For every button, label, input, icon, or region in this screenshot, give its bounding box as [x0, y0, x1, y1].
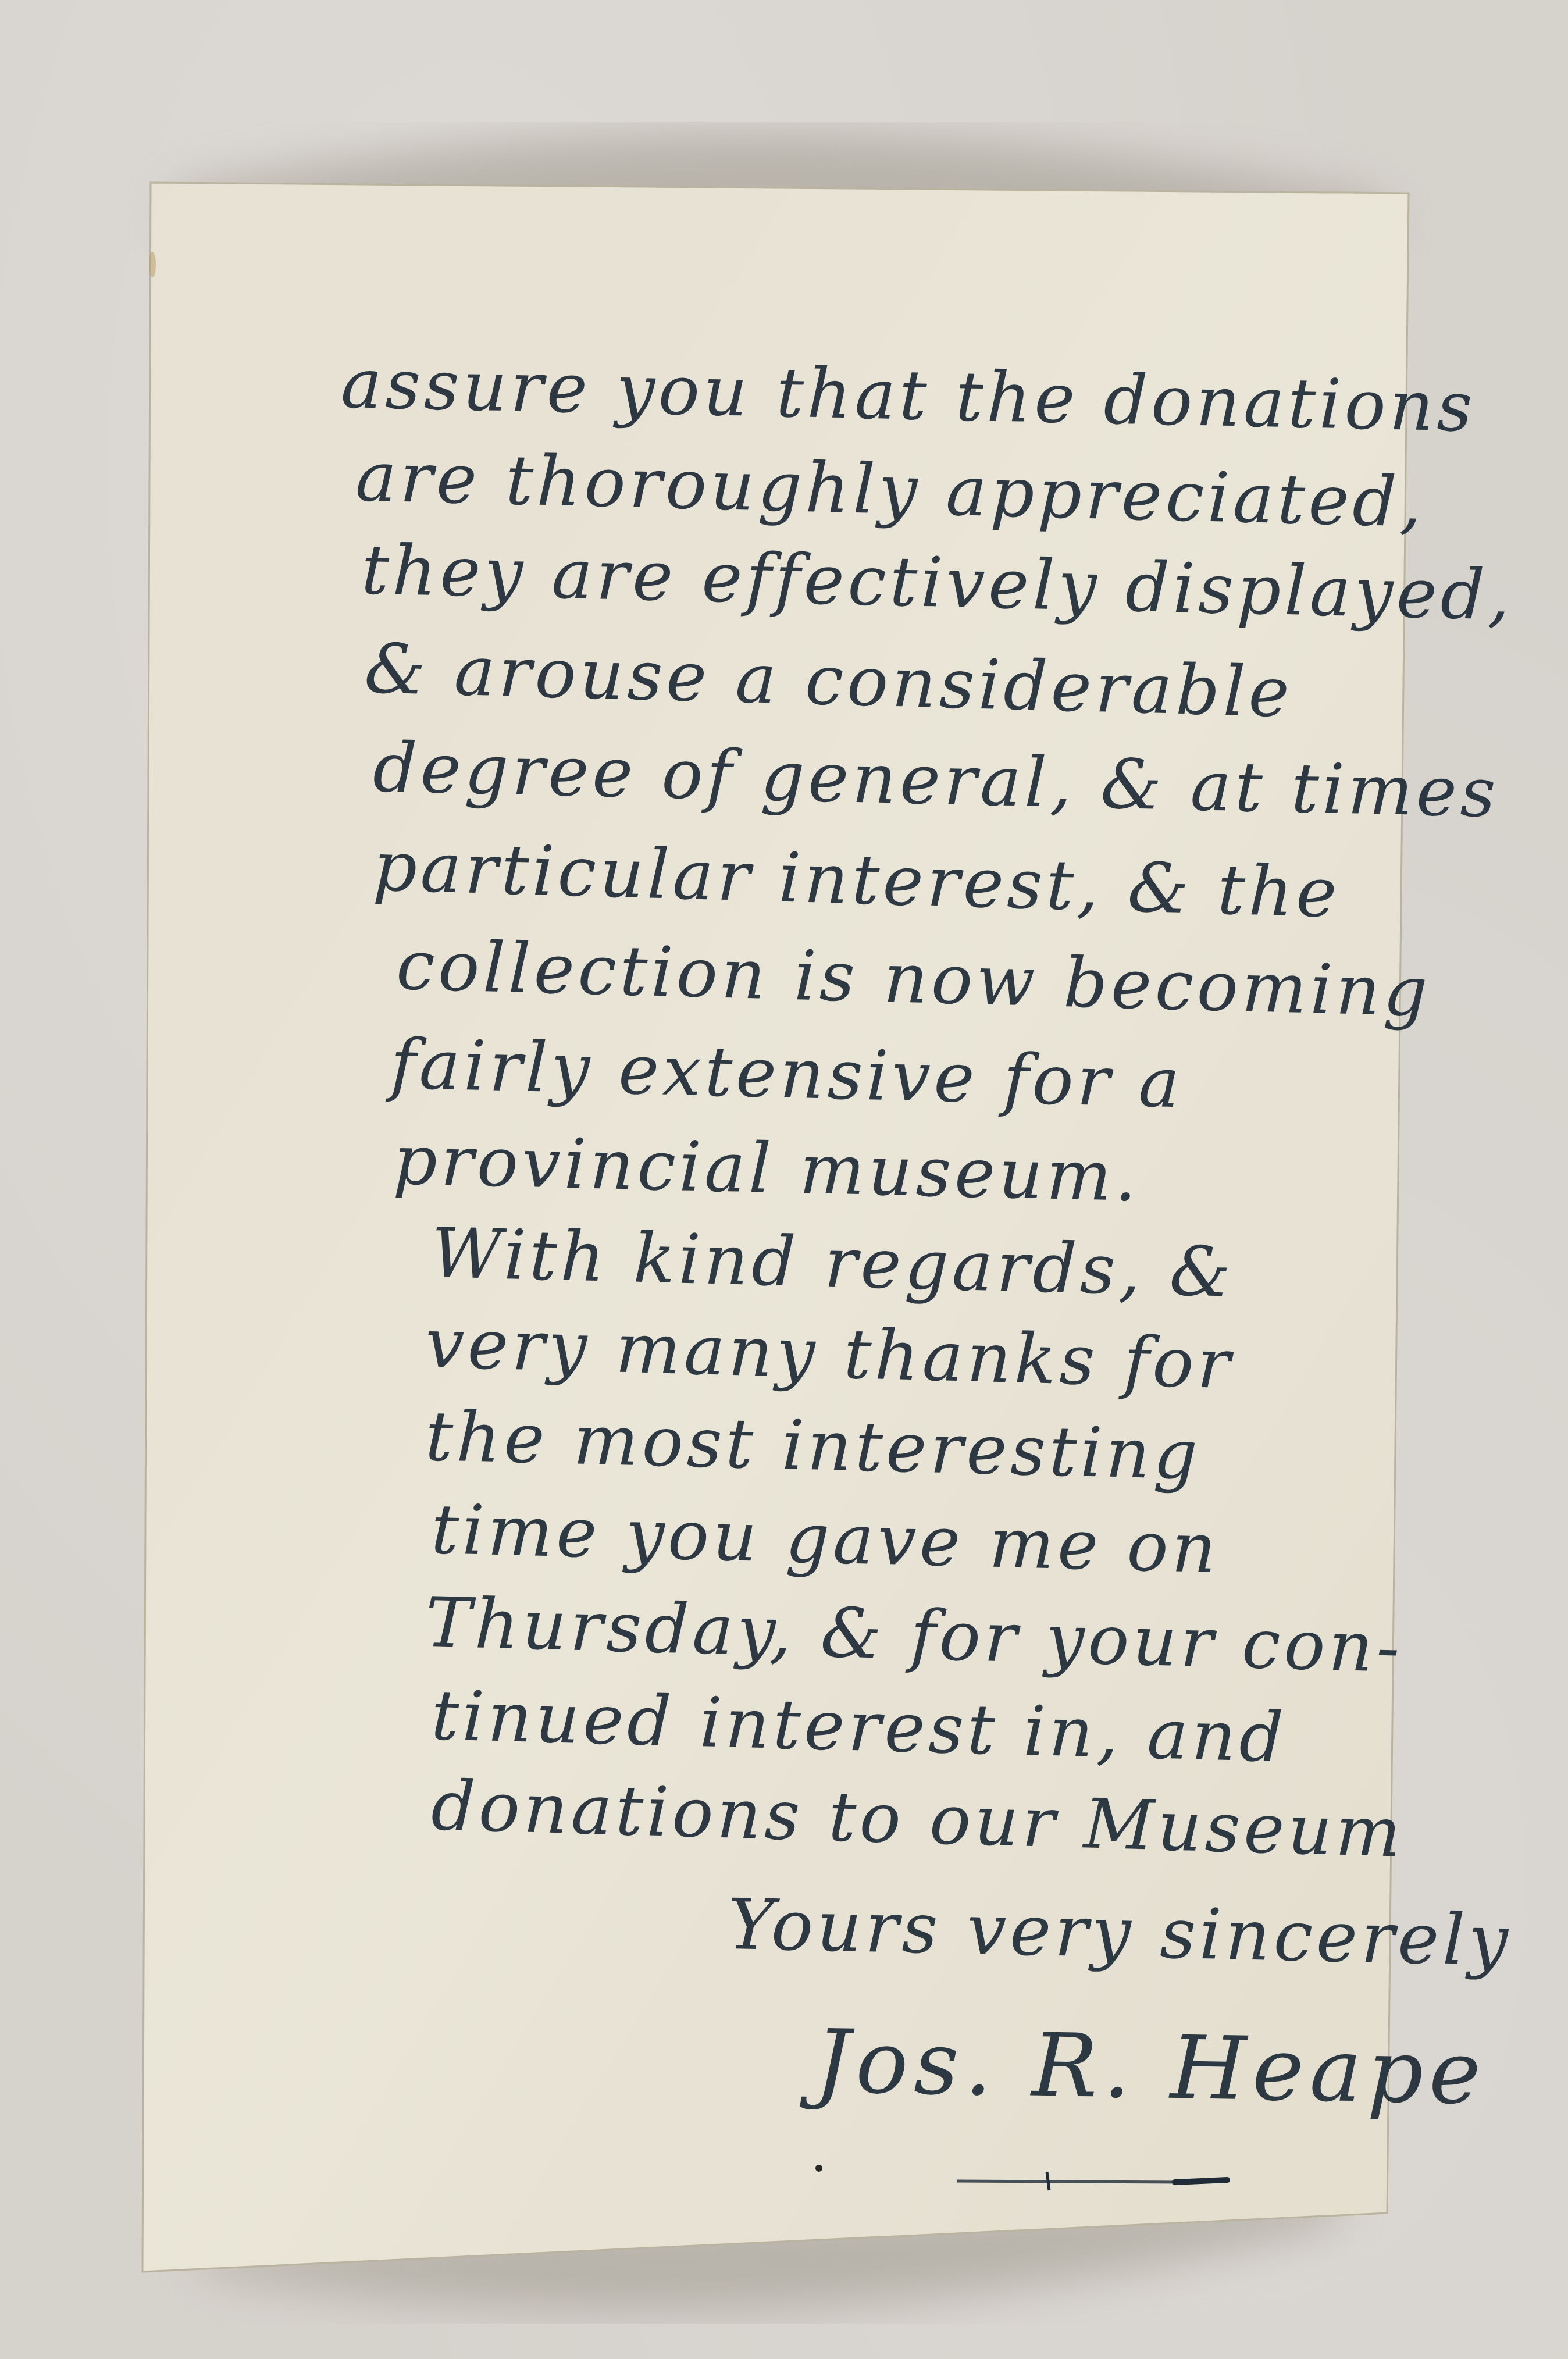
letter-line: are thoroughly appreciated, [355, 442, 1426, 537]
letter-line: particular interest, & the [372, 832, 1341, 927]
letter-line: they are effectively displayed, [361, 535, 1514, 630]
letter-line: the most interesting [425, 1402, 1202, 1489]
letter-line: fairly extensive for a [390, 1029, 1184, 1117]
letter-line: & arouse a considerable [364, 634, 1293, 727]
letter-line: With kind regards, & [430, 1218, 1235, 1307]
signature-underline [954, 2168, 1233, 2191]
letter-line: tinued interest in, and [430, 1681, 1288, 1772]
letter-line: collection is now becoming [395, 931, 1432, 1027]
letter-line: donations to our Museum [430, 1771, 1405, 1867]
letter-line: provincial museum. [393, 1125, 1141, 1211]
letter-body: assure you that the donations are thorou… [0, 0, 1568, 2359]
letter-line: very many thanks for [425, 1309, 1235, 1398]
signature: Jos. R. Heape [814, 2018, 1487, 2117]
letter-line: assure you that the donations [340, 349, 1477, 441]
letter-line: Thursday, & for your con- [425, 1588, 1404, 1682]
ink-dot [815, 2165, 822, 2172]
closing-salutation: Yours very sincerely [727, 1890, 1512, 1976]
letter-line: time you gave me on [430, 1495, 1220, 1583]
letter-line: degree of general, & at times [372, 733, 1500, 827]
